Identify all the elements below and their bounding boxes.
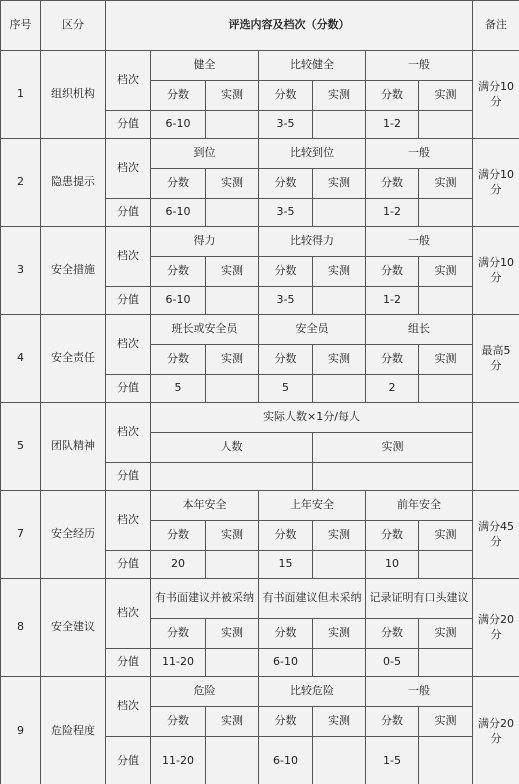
value-1: 11-20 [151,737,206,784]
value-2: 5 [259,375,313,403]
measured-cell[interactable] [313,199,366,227]
measured-label: 实测 [206,81,259,111]
grade-label: 档次 [106,677,151,737]
measured-cell[interactable] [206,551,259,579]
value-3: 2 [366,375,419,403]
section-category: 隐患提示 [41,139,106,227]
section-index: 4 [1,315,41,403]
header-category: 区分 [41,1,106,51]
measured-cell[interactable] [206,375,259,403]
level-1: 班长或安全员 [151,315,259,345]
score-label: 分数 [151,345,206,375]
value-3: 1-2 [366,199,419,227]
people-label: 人数 [151,433,313,463]
score-label: 分数 [366,521,419,551]
measured-label: 实测 [419,707,473,737]
section-remark: 满分20分 [473,579,519,677]
score-label: 分数 [366,619,419,649]
section-remark: 最高5分 [473,315,519,403]
measured-label: 实测 [313,521,366,551]
value-3: 0-5 [366,649,419,677]
header-index: 序号 [1,1,41,51]
section-index: 2 [1,139,41,227]
header-remark: 备注 [473,1,519,51]
level-1: 到位 [151,139,259,169]
value-label: 分值 [106,737,151,784]
grade-label: 档次 [106,315,151,375]
measured-cell[interactable] [419,551,473,579]
measured-label: 实测 [419,257,473,287]
measured-label: 实测 [206,345,259,375]
value-1: 5 [151,375,206,403]
level-3: 一般 [366,677,473,707]
grade-label: 档次 [106,491,151,551]
measured-cell[interactable] [313,737,366,784]
level-3: 组长 [366,315,473,345]
measured-label: 实测 [419,521,473,551]
section-category: 危险程度 [41,677,106,784]
section-category: 安全责任 [41,315,106,403]
section-4-level-row: 4 安全责任 档次 班长或安全员 安全员 组长 最高5分 [1,315,519,345]
measured-label: 实测 [206,169,259,199]
measured-cell[interactable] [206,649,259,677]
value-1: 6-10 [151,199,206,227]
section-category: 安全经历 [41,491,106,579]
score-label: 分数 [259,81,313,111]
measured-cell[interactable] [313,287,366,315]
section-index: 7 [1,491,41,579]
measured-cell[interactable] [313,551,366,579]
section-remark: 满分20分 [473,677,519,784]
value-2: 6-10 [259,737,313,784]
evaluation-table: 序号 区分 评选内容及档次（分数） 备注 1 组织机构 档次 健全 比较健全 一… [0,0,519,784]
measured-cell[interactable] [313,111,366,139]
section-category: 组织机构 [41,51,106,139]
measured-label: 实测 [206,257,259,287]
measured-cell[interactable] [419,199,473,227]
section-3-level-row: 3 安全措施 档次 得力 比较得力 一般 满分10分 [1,227,519,257]
level-2: 有书面建议但未采纳 [259,579,366,619]
value-label: 分值 [106,111,151,139]
section-category: 团队精神 [41,403,106,491]
value-3: 1-2 [366,111,419,139]
value-2: 3-5 [259,287,313,315]
measured-label: 实测 [313,257,366,287]
score-label: 分数 [151,619,206,649]
score-label: 分数 [151,169,206,199]
score-label: 分数 [259,521,313,551]
measured-label: 实测 [313,81,366,111]
value-3: 1-5 [366,737,419,784]
section-7-level-row: 7 安全经历 档次 本年安全 上年安全 前年安全 满分45分 [1,491,519,521]
people-value-cell[interactable] [151,463,313,491]
score-label: 分数 [259,257,313,287]
value-label: 分值 [106,649,151,677]
level-3: 一般 [366,227,473,257]
score-label: 分数 [259,169,313,199]
score-label: 分数 [259,345,313,375]
measured-cell[interactable] [313,649,366,677]
measured-cell[interactable] [419,111,473,139]
grade-label: 档次 [106,227,151,287]
measured-label: 实测 [206,707,259,737]
header-content: 评选内容及档次（分数） [106,1,473,51]
section-index: 1 [1,51,41,139]
section-index: 8 [1,579,41,677]
section-remark: 满分45分 [473,491,519,579]
value-1: 6-10 [151,287,206,315]
score-label: 分数 [366,707,419,737]
level-1: 有书面建议并被采纳 [151,579,259,619]
section-index: 5 [1,403,41,491]
level-3: 一般 [366,139,473,169]
level-2: 比较健全 [259,51,366,81]
value-3: 10 [366,551,419,579]
section-8-level-row: 8 安全建议 档次 有书面建议并被采纳 有书面建议但未采纳 记录证明有口头建议 … [1,579,519,619]
score-label: 分数 [259,707,313,737]
measured-label: 实测 [419,619,473,649]
value-label: 分值 [106,551,151,579]
value-2: 15 [259,551,313,579]
score-label: 分数 [366,257,419,287]
section-1-level-row: 1 组织机构 档次 健全 比较健全 一般 满分10分 [1,51,519,81]
value-1: 20 [151,551,206,579]
level-1: 健全 [151,51,259,81]
measured-label: 实测 [313,707,366,737]
measured-cell[interactable] [419,649,473,677]
measured-label: 实测 [313,433,473,463]
measured-label: 实测 [419,345,473,375]
level-3: 记录证明有口头建议 [366,579,473,619]
measured-cell[interactable] [206,287,259,315]
level-2: 比较到位 [259,139,366,169]
measured-cell[interactable] [313,375,366,403]
value-1: 6-10 [151,111,206,139]
section-5-rule-row: 5 团队精神 档次 实际人数×1分/每人 [1,403,519,433]
measured-label: 实测 [206,521,259,551]
level-1: 本年安全 [151,491,259,521]
scoring-rule: 实际人数×1分/每人 [151,403,473,433]
measured-cell[interactable] [206,111,259,139]
section-remark: 满分10分 [473,139,519,227]
measured-label: 实测 [419,81,473,111]
level-1: 得力 [151,227,259,257]
measured-label: 实测 [313,345,366,375]
level-2: 安全员 [259,315,366,345]
section-category: 安全建议 [41,579,106,677]
section-index: 3 [1,227,41,315]
measured-label: 实测 [419,169,473,199]
level-2: 比较危险 [259,677,366,707]
grade-label: 档次 [106,579,151,649]
measured-cell[interactable] [206,737,259,784]
grade-label: 档次 [106,403,151,463]
value-1: 11-20 [151,649,206,677]
header-row: 序号 区分 评选内容及档次（分数） 备注 [1,1,519,51]
measured-label: 实测 [313,169,366,199]
value-label: 分值 [106,463,151,491]
section-index: 9 [1,677,41,784]
section-remark: 满分10分 [473,227,519,315]
value-2: 3-5 [259,199,313,227]
measured-label: 实测 [206,619,259,649]
section-remark: 满分10分 [473,51,519,139]
score-label: 分数 [259,619,313,649]
value-label: 分值 [106,287,151,315]
value-3: 1-2 [366,287,419,315]
measured-cell[interactable] [419,287,473,315]
grade-label: 档次 [106,139,151,199]
measured-cell[interactable] [313,463,473,491]
score-label: 分数 [366,169,419,199]
score-label: 分数 [366,81,419,111]
level-1: 危险 [151,677,259,707]
measured-cell[interactable] [419,737,473,784]
score-label: 分数 [151,81,206,111]
section-category: 安全措施 [41,227,106,315]
section-2-level-row: 2 隐患提示 档次 到位 比较到位 一般 满分10分 [1,139,519,169]
score-label: 分数 [151,707,206,737]
section-remark [473,403,519,491]
score-label: 分数 [151,521,206,551]
measured-cell[interactable] [206,199,259,227]
level-3: 前年安全 [366,491,473,521]
level-2: 比较得力 [259,227,366,257]
level-3: 一般 [366,51,473,81]
score-label: 分数 [366,345,419,375]
value-label: 分值 [106,375,151,403]
grade-label: 档次 [106,51,151,111]
level-2: 上年安全 [259,491,366,521]
section-9-level-row: 9 危险程度 档次 危险 比较危险 一般 满分20分 [1,677,519,707]
measured-label: 实测 [313,619,366,649]
measured-cell[interactable] [419,375,473,403]
value-2: 3-5 [259,111,313,139]
score-label: 分数 [151,257,206,287]
value-2: 6-10 [259,649,313,677]
value-label: 分值 [106,199,151,227]
